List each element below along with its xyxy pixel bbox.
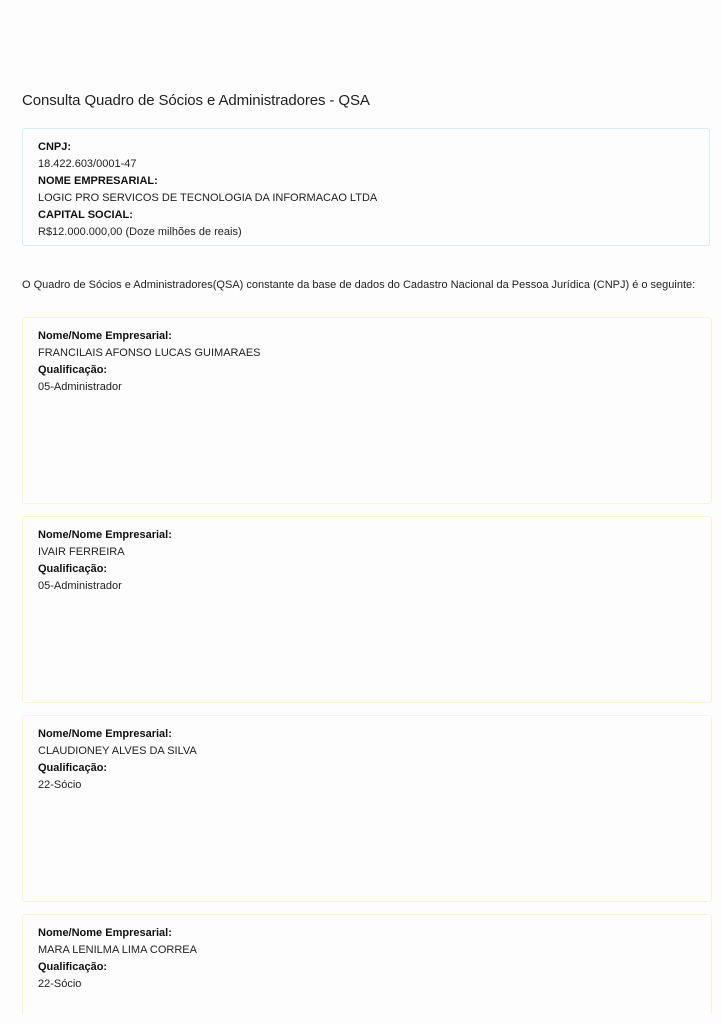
page-title: Consulta Quadro de Sócios e Administrado…	[22, 92, 370, 109]
partner-name-value: MARA LENILMA LIMA CORREA	[38, 942, 711, 959]
partner-card: Nome/Nome Empresarial: FRANCILAIS AFONSO…	[22, 317, 712, 504]
partner-qualification-value: 05-Administrador	[38, 379, 711, 396]
partner-qualification-value: 05-Administrador	[38, 578, 711, 595]
partner-name-label: Nome/Nome Empresarial:	[38, 328, 711, 345]
company-name-label: NOME EMPRESARIAL:	[38, 173, 709, 190]
partner-name-value: FRANCILAIS AFONSO LUCAS GUIMARAES	[38, 345, 711, 362]
partner-card: Nome/Nome Empresarial: IVAIR FERREIRA Qu…	[22, 516, 712, 703]
partner-card: Nome/Nome Empresarial: CLAUDIONEY ALVES …	[22, 715, 712, 902]
partner-qualification-value: 22-Sócio	[38, 777, 711, 794]
partner-qualification-label: Qualificação:	[38, 959, 711, 976]
company-name-value: LOGIC PRO SERVICOS DE TECNOLOGIA DA INFO…	[38, 190, 709, 207]
cnpj-value: 18.422.603/0001-47	[38, 156, 709, 173]
partner-name-value: IVAIR FERREIRA	[38, 544, 711, 561]
cnpj-label: CNPJ:	[38, 139, 709, 156]
partner-qualification-value: 22-Sócio	[38, 976, 711, 993]
partner-name-label: Nome/Nome Empresarial:	[38, 726, 711, 743]
partner-qualification-label: Qualificação:	[38, 362, 711, 379]
partner-card: Nome/Nome Empresarial: MARA LENILMA LIMA…	[22, 914, 712, 1014]
partner-qualification-label: Qualificação:	[38, 760, 711, 777]
intro-text: O Quadro de Sócios e Administradores(QSA…	[22, 278, 695, 292]
partner-list: Nome/Nome Empresarial: FRANCILAIS AFONSO…	[22, 317, 712, 1024]
partner-qualification-label: Qualificação:	[38, 561, 711, 578]
company-info-box: CNPJ: 18.422.603/0001-47 NOME EMPRESARIA…	[22, 128, 710, 246]
capital-label: CAPITAL SOCIAL:	[38, 207, 709, 224]
partner-name-label: Nome/Nome Empresarial:	[38, 925, 711, 942]
partner-name-label: Nome/Nome Empresarial:	[38, 527, 711, 544]
partner-name-value: CLAUDIONEY ALVES DA SILVA	[38, 743, 711, 760]
capital-value: R$12.000.000,00 (Doze milhões de reais)	[38, 224, 709, 241]
